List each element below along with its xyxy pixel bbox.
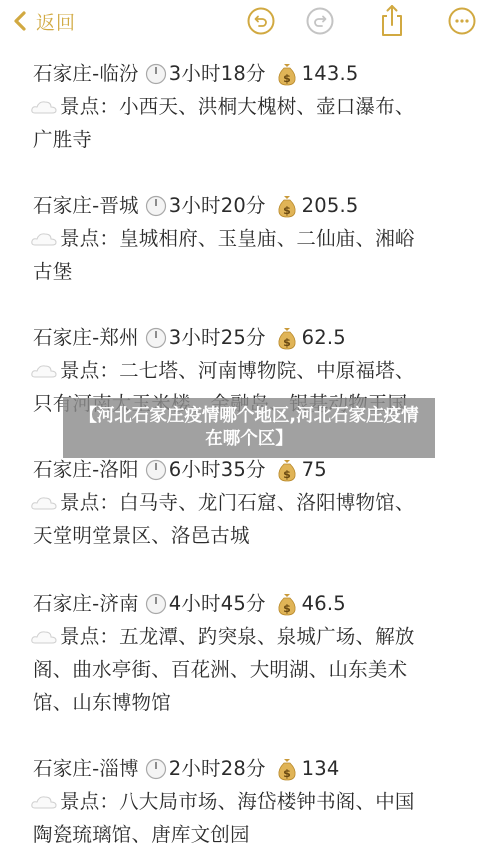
redo-button[interactable] (305, 6, 335, 36)
attractions-line: 陶瓷琉璃馆、唐库文创园 (33, 818, 473, 851)
notes-page: 返回 (0, 0, 500, 856)
back-button[interactable]: 返回 (10, 6, 76, 36)
duration: 3小时18分 (169, 57, 266, 90)
svg-text:$: $ (283, 468, 291, 481)
price: 46.5 (302, 587, 346, 620)
route-entry: 石家庄-临汾 3小时18分 $ 143.5 景点：小西天、洪桐大槐树、壶口瀑布、… (33, 57, 473, 156)
money-bag-icon: $ (276, 326, 298, 350)
route-name: 石家庄-淄博 (33, 752, 139, 785)
cloud-icon (30, 98, 58, 116)
svg-text:$: $ (283, 602, 291, 615)
attractions-text: 景点：白马寺、龙门石窟、洛阳博物馆、 (60, 486, 415, 519)
share-icon (377, 3, 407, 37)
cloud-icon (30, 628, 58, 646)
attractions-line: 阁、曲水亭街、百花洲、大明湖、山东美术 (33, 653, 473, 686)
route-name: 石家庄-临汾 (33, 57, 139, 90)
attractions-line: 天堂明堂景区、洛邑古城 (33, 519, 473, 552)
cloud-icon (30, 230, 58, 248)
attractions-line: 古堡 (33, 255, 473, 288)
money-bag-icon: $ (276, 62, 298, 86)
attractions-line: 景点：二七塔、河南博物院、中原福塔、 (30, 354, 473, 387)
route-line: 石家庄-济南 4小时45分 $ 46.5 (33, 587, 473, 620)
duration: 3小时25分 (169, 321, 266, 354)
attractions-text: 景点：二七塔、河南博物院、中原福塔、 (60, 354, 415, 387)
more-button[interactable] (447, 6, 477, 36)
route-line: 石家庄-临汾 3小时18分 $ 143.5 (33, 57, 473, 90)
svg-text:$: $ (283, 72, 291, 85)
attractions-line: 广胜寺 (33, 123, 473, 156)
route-entry: 石家庄-济南 4小时45分 $ 46.5 景点：五龙潭、趵突泉、泉城广场、解放 … (33, 587, 473, 719)
back-label: 返回 (36, 8, 76, 35)
chevron-left-icon (10, 10, 30, 32)
attractions-line: 景点：皇城相府、玉皇庙、二仙庙、湘峪 (30, 222, 473, 255)
overlay-title: 【河北石家庄疫情哪个地区,河北石家庄疫情在哪个区】 (77, 405, 421, 451)
route-entry: 石家庄-晋城 3小时20分 $ 205.5 景点：皇城相府、玉皇庙、二仙庙、湘峪… (33, 189, 473, 288)
price: 134 (302, 752, 340, 785)
svg-text:$: $ (283, 767, 291, 780)
clock-icon (145, 327, 167, 349)
money-bag-icon: $ (276, 592, 298, 616)
route-name: 石家庄-济南 (33, 587, 139, 620)
svg-text:$: $ (283, 336, 291, 349)
money-bag-icon: $ (276, 194, 298, 218)
undo-button[interactable] (246, 6, 276, 36)
price: 205.5 (302, 189, 359, 222)
attractions-line: 馆、山东博物馆 (33, 686, 473, 719)
price: 143.5 (302, 57, 359, 90)
title-overlay-banner: 【河北石家庄疫情哪个地区,河北石家庄疫情在哪个区】 (63, 398, 435, 458)
undo-icon (246, 6, 276, 36)
clock-icon (145, 63, 167, 85)
attractions-text: 景点：皇城相府、玉皇庙、二仙庙、湘峪 (60, 222, 415, 255)
attractions-text: 景点：五龙潭、趵突泉、泉城广场、解放 (60, 620, 415, 653)
route-entry: 石家庄-淄博 2小时28分 $ 134 景点：八大局市场、海岱楼钟书阁、中国 陶… (33, 752, 473, 851)
price: 62.5 (302, 321, 346, 354)
attractions-line: 景点：八大局市场、海岱楼钟书阁、中国 (30, 785, 473, 818)
clock-icon (145, 593, 167, 615)
cloud-icon (30, 362, 58, 380)
more-icon (447, 6, 477, 36)
money-bag-icon: $ (276, 757, 298, 781)
attractions-line: 景点：五龙潭、趵突泉、泉城广场、解放 (30, 620, 473, 653)
duration: 3小时20分 (169, 189, 266, 222)
redo-icon (305, 6, 335, 36)
route-name: 石家庄-晋城 (33, 189, 139, 222)
attractions-text: 景点：小西天、洪桐大槐树、壶口瀑布、 (60, 90, 415, 123)
route-entry: 石家庄-洛阳 6小时35分 $ 75 景点：白马寺、龙门石窟、洛阳博物馆、 天堂… (33, 453, 473, 552)
clock-icon (145, 758, 167, 780)
duration: 4小时45分 (169, 587, 266, 620)
note-toolbar: 返回 (0, 0, 500, 44)
route-line: 石家庄-淄博 2小时28分 $ 134 (33, 752, 473, 785)
clock-icon (145, 459, 167, 481)
share-button[interactable] (377, 3, 407, 37)
route-name: 石家庄-郑州 (33, 321, 139, 354)
clock-icon (145, 195, 167, 217)
money-bag-icon: $ (276, 458, 298, 482)
cloud-icon (30, 793, 58, 811)
cloud-icon (30, 494, 58, 512)
attractions-text: 景点：八大局市场、海岱楼钟书阁、中国 (60, 785, 415, 818)
svg-text:$: $ (283, 204, 291, 217)
route-line: 石家庄-晋城 3小时20分 $ 205.5 (33, 189, 473, 222)
attractions-line: 景点：白马寺、龙门石窟、洛阳博物馆、 (30, 486, 473, 519)
route-line: 石家庄-郑州 3小时25分 $ 62.5 (33, 321, 473, 354)
attractions-line: 景点：小西天、洪桐大槐树、壶口瀑布、 (30, 90, 473, 123)
duration: 2小时28分 (169, 752, 266, 785)
